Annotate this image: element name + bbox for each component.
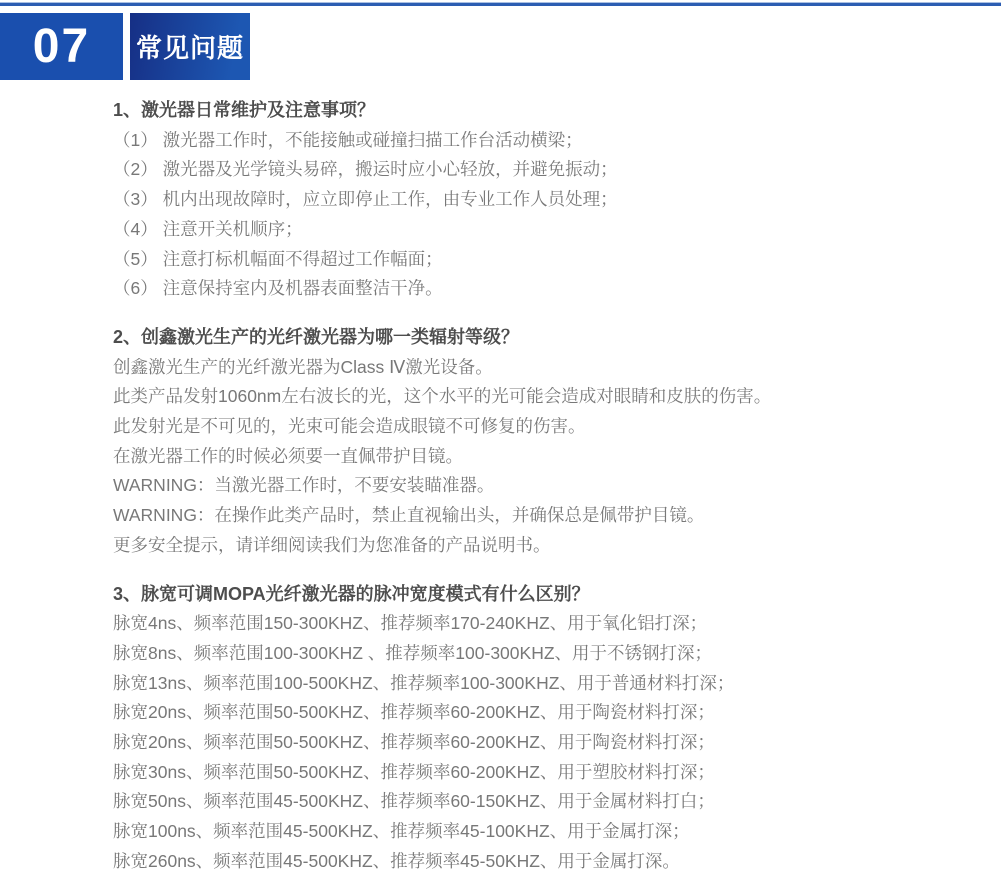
faq-answer-line: 脉宽100ns、频率范围45-500KHZ、推荐频率45-100KHZ、用于金属… — [113, 817, 971, 847]
faq-answer-line: 脉宽13ns、频率范围100-500KHZ、推荐频率100-300KHZ、用于普… — [113, 669, 971, 699]
faq-answer-line: 创鑫激光生产的光纤激光器为Class Ⅳ激光设备。 — [113, 353, 971, 383]
faq-answer-line: 脉宽20ns、频率范围50-500KHZ、推荐频率60-200KHZ、用于陶瓷材… — [113, 728, 971, 758]
faq-answer-line: （3） 机内出现故障时，应立即停止工作，由专业工作人员处理； — [113, 185, 971, 215]
faq-question-heading: 1、激光器日常维护及注意事项？ — [113, 96, 971, 126]
section-title-badge: 常见问题 — [130, 13, 250, 80]
faq-answer-line: （4） 注意开关机顺序； — [113, 215, 971, 245]
faq-answer-line: （5） 注意打标机幅面不得超过工作幅面； — [113, 245, 971, 275]
faq-question-heading: 3、脉宽可调MOPA光纤激光器的脉冲宽度模式有什么区别？ — [113, 580, 971, 610]
faq-section: 1、激光器日常维护及注意事项？（1） 激光器工作时，不能接触或碰撞扫描工作台活动… — [113, 96, 971, 304]
faq-answer-line: 脉宽260ns、频率范围45-500KHZ、推荐频率45-50KHZ、用于金属打… — [113, 847, 971, 877]
faq-answer-line: 此发射光是不可见的，光束可能会造成眼镜不可修复的伤害。 — [113, 412, 971, 442]
faq-section: 2、创鑫激光生产的光纤激光器为哪一类辐射等级？创鑫激光生产的光纤激光器为Clas… — [113, 323, 971, 561]
faq-section: 3、脉宽可调MOPA光纤激光器的脉冲宽度模式有什么区别？脉宽4ns、频率范围15… — [113, 580, 971, 877]
faq-answer-line: WARNING：当激光器工作时，不要安装瞄准器。 — [113, 471, 971, 501]
section-number-badge: 07 — [0, 13, 123, 80]
faq-answer-line: 脉宽20ns、频率范围50-500KHZ、推荐频率60-200KHZ、用于陶瓷材… — [113, 698, 971, 728]
faq-answer-line: WARNING：在操作此类产品时，禁止直视输出头，并确保总是佩带护目镜。 — [113, 501, 971, 531]
faq-page: { "page": { "top_rule_light_color": "#a9… — [0, 0, 1001, 894]
faq-answer-line: 脉宽4ns、频率范围150-300KHZ、推荐频率170-240KHZ、用于氧化… — [113, 609, 971, 639]
top-divider-rule — [0, 2, 1001, 6]
faq-answer-line: （2） 激光器及光学镜头易碎，搬运时应小心轻放，并避免振动； — [113, 155, 971, 185]
top-divider-rule-line — [0, 3, 1001, 6]
faq-answer-line: 更多安全提示，请详细阅读我们为您准备的产品说明书。 — [113, 531, 971, 561]
faq-content: 1、激光器日常维护及注意事项？（1） 激光器工作时，不能接触或碰撞扫描工作台活动… — [113, 96, 971, 877]
faq-answer-line: 脉宽30ns、频率范围50-500KHZ、推荐频率60-200KHZ、用于塑胶材… — [113, 758, 971, 788]
faq-answer-line: 脉宽50ns、频率范围45-500KHZ、推荐频率60-150KHZ、用于金属材… — [113, 787, 971, 817]
faq-answer-line: （1） 激光器工作时，不能接触或碰撞扫描工作台活动横梁； — [113, 126, 971, 156]
faq-answer-line: （6） 注意保持室内及机器表面整洁干净。 — [113, 274, 971, 304]
faq-answer-line: 在激光器工作的时候必须要一直佩带护目镜。 — [113, 442, 971, 472]
faq-answer-line: 此类产品发射1060nm左右波长的光，这个水平的光可能会造成对眼睛和皮肤的伤害。 — [113, 382, 971, 412]
section-header: 07 常见问题 — [0, 13, 250, 80]
faq-question-heading: 2、创鑫激光生产的光纤激光器为哪一类辐射等级？ — [113, 323, 971, 353]
faq-answer-line: 脉宽8ns、频率范围100-300KHZ 、推荐频率100-300KHZ、用于不… — [113, 639, 971, 669]
